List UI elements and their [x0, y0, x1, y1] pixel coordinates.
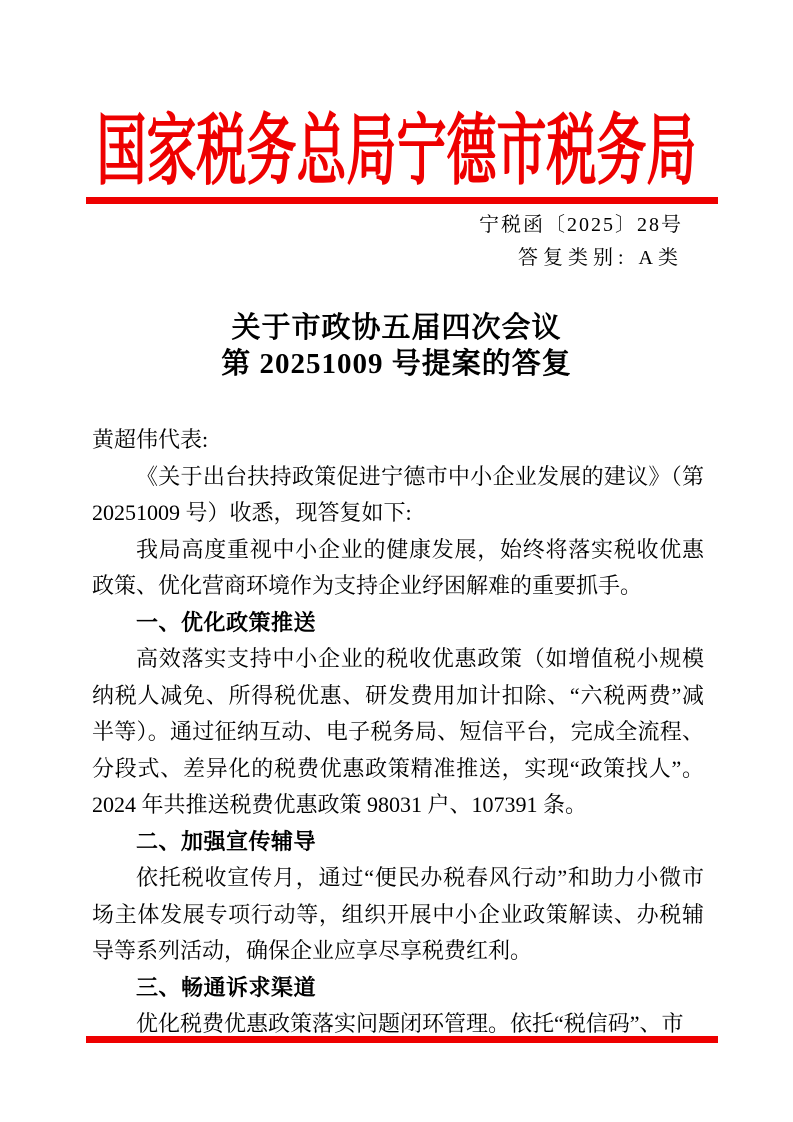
letterhead: 国家税务总局宁德市税务局 宁税函〔2025〕28号 答复类别: A类: [0, 0, 793, 275]
paragraph-intro: 《关于出台扶持政策促进宁德市中小企业发展的建议》（第 20251009 号）收悉…: [92, 459, 704, 532]
document-title: 关于市政协五届四次会议 第 20251009 号提案的答复: [0, 310, 793, 382]
paragraph-overview: 我局高度重视中小企业的健康发展，始终将落实税收优惠政策、优化营商环境作为支持企业…: [92, 532, 704, 605]
document-meta: 宁税函〔2025〕28号 答复类别: A类: [0, 209, 793, 275]
salutation: 黄超伟代表:: [92, 422, 704, 459]
document-page: 国家税务总局宁德市税务局 宁税函〔2025〕28号 答复类别: A类 关于市政协…: [0, 0, 793, 1122]
paragraph-section-1: 高效落实支持中小企业的税收优惠政策（如增值税小规模纳税人减免、所得税优惠、研发费…: [92, 641, 704, 824]
reply-category: 答复类别: A类: [0, 242, 683, 275]
section-heading-3: 三、畅通诉求渠道: [92, 970, 704, 1007]
footer-separator-rule: [86, 1036, 718, 1043]
header-separator-rule: [86, 197, 718, 204]
agency-title: 国家税务总局宁德市税务局: [0, 112, 793, 190]
document-body: 黄超伟代表: 《关于出台扶持政策促进宁德市中小企业发展的建议》（第 202510…: [0, 422, 793, 1043]
agency-title-block: 国家税务总局宁德市税务局: [0, 0, 793, 197]
section-heading-2: 二、加强宣传辅导: [92, 824, 704, 861]
document-title-line-1: 关于市政协五届四次会议: [231, 312, 561, 344]
section-heading-1: 一、优化政策推送: [92, 605, 704, 642]
document-number: 宁税函〔2025〕28号: [0, 209, 683, 242]
document-title-line-2: 第 20251009 号提案的答复: [221, 348, 572, 380]
paragraph-section-2: 依托税收宣传月，通过“便民办税春风行动”和助力小微市场主体发展专项行动等，组织开…: [92, 860, 704, 970]
